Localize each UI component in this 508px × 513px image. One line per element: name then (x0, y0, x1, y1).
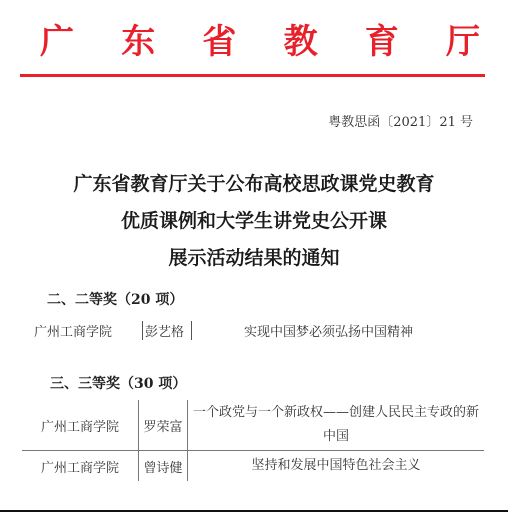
name-cell: 曾诗健 (139, 451, 188, 482)
topic-cell: 坚持和发展中国特色社会主义 (188, 451, 485, 482)
name-cell: 罗荣富 (139, 400, 188, 451)
topic-cell: 实现中国梦必须弘扬中国精神 (244, 321, 413, 340)
school-cell: 广州工商学院 (22, 451, 139, 482)
award-row: 广州工商学院 罗荣富 一个政党与一个新政权——创建人民民主专政的新中国 (22, 400, 484, 451)
section-heading-third-prize: 三、三等奖（30 项） (50, 373, 186, 393)
bottom-divider (0, 510, 508, 512)
third-prize-table: 广州工商学院 罗荣富 一个政党与一个新政权——创建人民民主专政的新中国 广州工商… (22, 400, 484, 481)
red-divider (20, 74, 485, 77)
masthead-char: 省 (202, 14, 236, 63)
section-heading-second-prize: 二、二等奖（20 项） (47, 289, 183, 309)
document-number: 粤教思函〔2021〕21 号 (328, 111, 473, 130)
award-row: 广州工商学院 曾诗健 坚持和发展中国特色社会主义 (22, 451, 484, 482)
school-cell: 广州工商学院 (22, 400, 139, 451)
title-line-1: 广东省教育厅关于公布高校思政课党史教育 (0, 166, 508, 203)
masthead-char: 厅 (446, 14, 480, 63)
masthead-char: 广 (40, 14, 74, 63)
masthead-char: 育 (365, 14, 399, 63)
name-cell: 彭艺格 (142, 321, 192, 340)
masthead-char: 东 (121, 14, 155, 63)
title-line-3: 展示活动结果的通知 (0, 240, 508, 277)
document-title: 广东省教育厅关于公布高校思政课党史教育 优质课例和大学生讲党史公开课 展示活动结… (0, 166, 508, 277)
topic-cell: 一个政党与一个新政权——创建人民民主专政的新中国 (188, 400, 485, 451)
award-row: 广州工商学院 彭艺格 实现中国梦必须弘扬中国精神 (34, 318, 413, 342)
school-cell: 广州工商学院 (34, 321, 142, 340)
masthead-char: 教 (284, 14, 318, 63)
masthead: 广 东 省 教 育 厅 (40, 16, 480, 60)
title-line-2: 优质课例和大学生讲党史公开课 (0, 203, 508, 240)
